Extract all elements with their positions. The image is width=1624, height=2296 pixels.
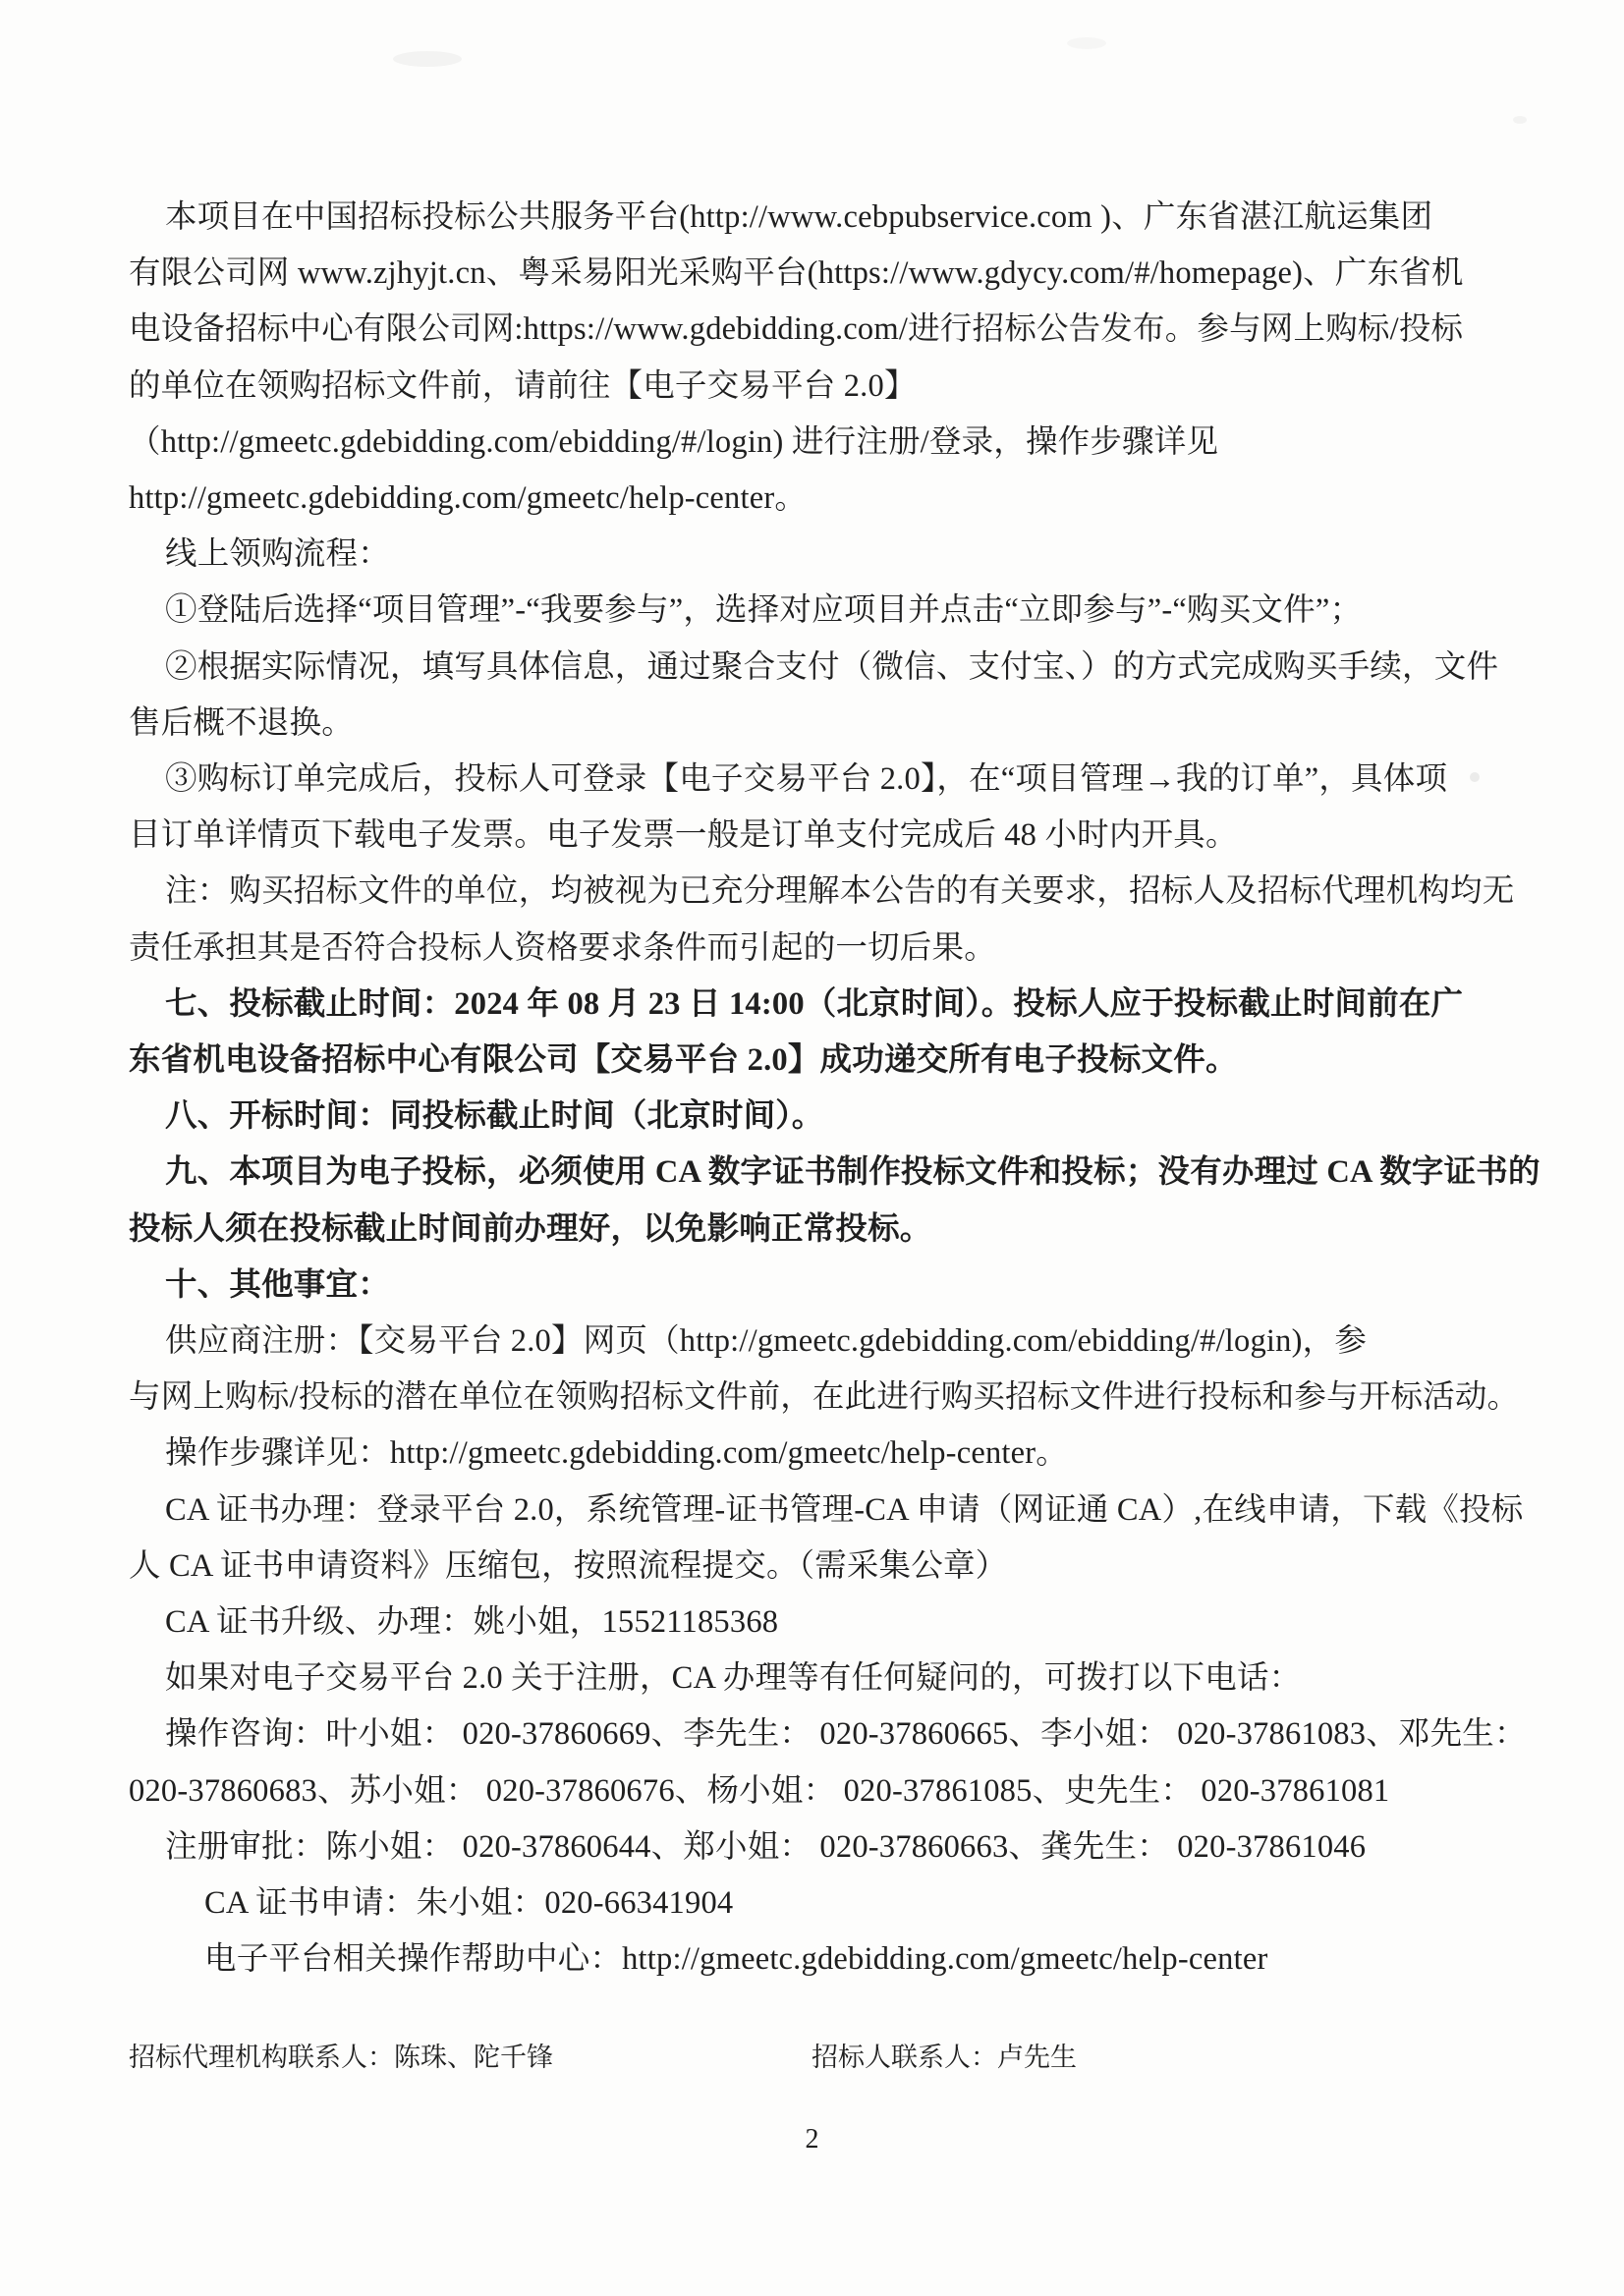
scan-smudge <box>393 51 462 67</box>
scan-smudge <box>1067 37 1106 49</box>
document-lines: 本项目在中国招标投标公共服务平台(http://www.cebpubservic… <box>129 190 1514 1988</box>
text-line: 九、本项目为电子投标，必须使用 CA 数字证书制作投标文件和投标；没有办理过 C… <box>129 1145 1514 1201</box>
text-line: 售后概不退换。 <box>129 696 1514 752</box>
text-line: 供应商注册：【交易平台 2.0】网页（http://gmeetc.gdebidd… <box>129 1314 1514 1370</box>
text-line: 人 CA 证书申请资料》压缩包，按照流程提交。（需采集公章） <box>129 1539 1514 1595</box>
agency-contact: 招标代理机构联系人：陈珠、陀千锋 <box>129 2036 553 2074</box>
text-line: 本项目在中国招标投标公共服务平台(http://www.cebpubservic… <box>129 190 1514 246</box>
text-line: 电设备招标中心有限公司网:https://www.gdebidding.com/… <box>129 302 1514 358</box>
text-line: 020-37860683、苏小姐： 020-37860676、杨小姐： 020-… <box>129 1764 1514 1820</box>
text-line: http://gmeetc.gdebidding.com/gmeetc/help… <box>129 471 1514 527</box>
text-line: CA 证书申请：朱小姐：020-66341904 <box>129 1876 1514 1932</box>
text-line: ③购标订单完成后，投标人可登录【电子交易平台 2.0】，在“项目管理→我的订单”… <box>129 752 1514 808</box>
text-line: 有限公司网 www.zjhyjt.cn、粤采易阳光采购平台(https://ww… <box>129 246 1514 302</box>
text-line: 七、投标截止时间：2024 年 08 月 23 日 14:00（北京时间）。投标… <box>129 977 1514 1033</box>
text-line: 注册审批：陈小姐： 020-37860644、郑小姐： 020-37860663… <box>129 1820 1514 1876</box>
text-line: 操作步骤详见：http://gmeetc.gdebidding.com/gmee… <box>129 1426 1514 1482</box>
text-line: 的单位在领购招标文件前，请前往【电子交易平台 2.0】 <box>129 359 1514 415</box>
text-line: 八、开标时间：同投标截止时间（北京时间）。 <box>129 1089 1514 1145</box>
text-line: 注：购买招标文件的单位，均被视为已充分理解本公告的有关要求，招标人及招标代理机构… <box>129 864 1514 920</box>
text-line: 操作咨询：叶小姐： 020-37860669、李先生： 020-37860665… <box>129 1707 1514 1763</box>
text-line: CA 证书办理：登录平台 2.0，系统管理-证书管理-CA 申请（网证通 CA）… <box>129 1483 1514 1539</box>
text-line: 十、其他事宜： <box>129 1258 1514 1314</box>
text-line: 目订单详情页下载电子发票。电子发票一般是订单支付完成后 48 小时内开具。 <box>129 808 1514 864</box>
text-line: CA 证书升级、办理：姚小姐，15521185368 <box>129 1595 1514 1651</box>
text-line: ②根据实际情况，填写具体信息，通过聚合支付（微信、支付宝、）的方式完成购买手续，… <box>129 640 1514 696</box>
scan-smudge <box>1513 116 1527 124</box>
tenderer-contact: 招标人联系人：卢先生 <box>812 2036 1077 2074</box>
text-line: 东省机电设备招标中心有限公司【交易平台 2.0】成功递交所有电子投标文件。 <box>129 1033 1514 1089</box>
text-line: 电子平台相关操作帮助中心：http://gmeetc.gdebidding.co… <box>129 1932 1514 1988</box>
text-line: 投标人须在投标截止时间前办理好，以免影响正常投标。 <box>129 1202 1514 1258</box>
document-page: 本项目在中国招标投标公共服务平台(http://www.cebpubservic… <box>0 0 1624 2296</box>
page-number: 2 <box>0 2124 1624 2156</box>
text-line: ①登陆后选择“项目管理”-“我要参与”，选择对应项目并点击“立即参与”-“购买文… <box>129 583 1514 639</box>
text-line: 责任承担其是否符合投标人资格要求条件而引起的一切后果。 <box>129 921 1514 977</box>
text-line: （http://gmeetc.gdebidding.com/ebidding/#… <box>129 415 1514 471</box>
text-line: 如果对电子交易平台 2.0 关于注册，CA 办理等有任何疑问的，可拨打以下电话： <box>129 1651 1514 1707</box>
text-line: 线上领购流程： <box>129 527 1514 583</box>
text-line: 与网上购标/投标的潜在单位在领购招标文件前，在此进行购买招标文件进行投标和参与开… <box>129 1370 1514 1426</box>
